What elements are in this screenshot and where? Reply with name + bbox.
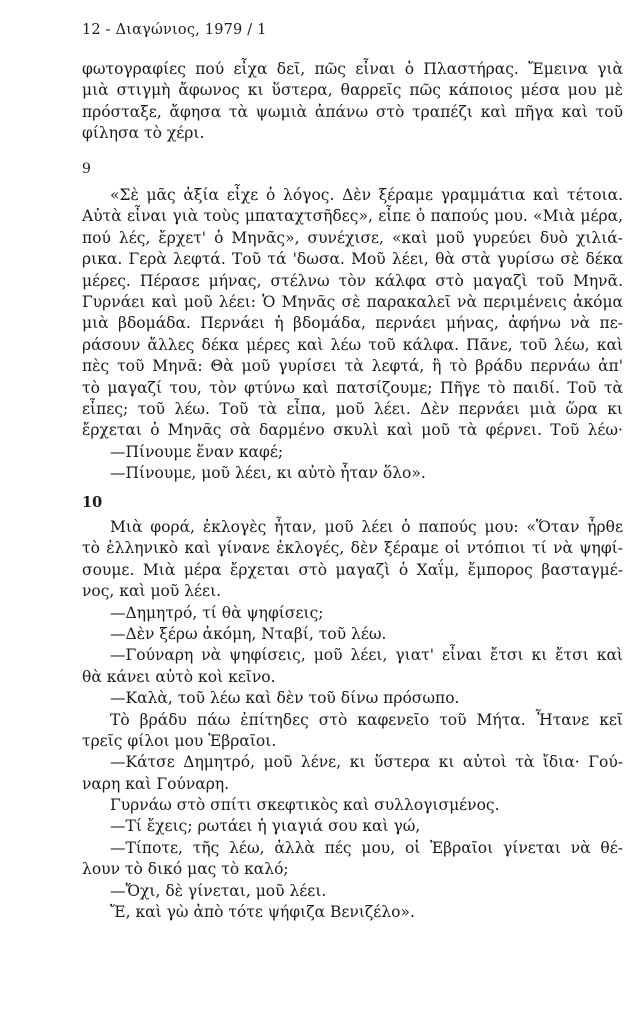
text-line: μιὰ στιγμὴ ἄφωνος κι ὕστερα, θαρρεῖς πῶς…	[82, 80, 623, 101]
dialogue-line: —Τί ἔχεις; ρωτάει ἡ γιαγιά σου καὶ γώ,	[82, 816, 623, 837]
text-line: Μιὰ φορά, ἐκλογὲς ἦταν, μοῦ λέει ὁ παπού…	[82, 517, 623, 538]
text-line: εἶπες; τοῦ λέω. Τοῦ τὰ εἶπα, μοῦ λέει. Δ…	[82, 399, 623, 420]
dialogue-line: —Δὲν ξέρω ἀκόμη, Νταβί, τοῦ λέω.	[82, 624, 623, 645]
text-line: Αὐτὰ εἶναι γιὰ τοὺς μπαταχτσῆδες», εἶπε …	[82, 206, 623, 227]
text-line: πρόσταξε, ἄφησα τὰ ψωμιὰ ἀπάνω στὸ τραπέ…	[82, 102, 623, 123]
book-page: 12 - Διαγώνιος, 1979 / 1 φωτογραφίες πού…	[0, 0, 641, 1024]
text-line: ναρη καὶ Γούναρη.	[82, 774, 623, 795]
dialogue-line: —Γούναρη νὰ ψηφίσεις, μοῦ λέει, γιατ' εἶ…	[82, 645, 623, 666]
text-line: ράσουν ἄλλες δέκα μέρες καὶ λέω τοῦ κάλφ…	[82, 335, 623, 356]
text-line: τρεῖς φίλοι μου Ἑβραῖοι.	[82, 731, 623, 752]
text-line: τὸ ἑλληνικὸ καὶ γίνανε ἐκλογές, δὲν ξέρα…	[82, 538, 623, 559]
text-line: πού λές, ἔρχετ' ὁ Μηνᾶς», συνέχισε, «καὶ…	[82, 228, 623, 249]
intro-paragraph: φωτογραφίες πού εἶχα δεῖ, πῶς εἶναι ὁ Πλ…	[82, 59, 623, 145]
text-line: νος, καὶ μοῦ λέει.	[82, 581, 623, 602]
text-line: φωτογραφίες πού εἶχα δεῖ, πῶς εἶναι ὁ Πλ…	[82, 59, 623, 80]
dialogue-line: —Τίποτε, τῆς λέω, ἀλλὰ πές μου, οἱ Ἑβραῖ…	[82, 838, 623, 859]
text-line: «Σὲ μᾶς ἀξία εἶχε ὁ λόγος. Δὲν ξέραμε γρ…	[82, 185, 623, 206]
text-line: λουν τὸ δικό μας τὸ καλό;	[82, 859, 623, 880]
text-line: θὰ κάνει αὐτὸ κοὶ κεῖνο.	[82, 667, 623, 688]
text-line: πὲς τοῦ Μηνᾶ: Θὰ μοῦ γυρίσει τὰ λεφτά, ἢ…	[82, 356, 623, 377]
section-10-text: Μιὰ φορά, ἐκλογὲς ἦταν, μοῦ λέει ὁ παπού…	[82, 517, 623, 923]
text-line: Τὸ βράδυ πάω ἐπίτηδες στὸ καφενεῖο τοῦ Μ…	[82, 710, 623, 731]
section-9-text: «Σὲ μᾶς ἀξία εἶχε ὁ λόγος. Δὲν ξέραμε γρ…	[82, 185, 623, 484]
dialogue-line: —Δημητρό, τί θὰ ψηφίσεις;	[82, 603, 623, 624]
section-number-9: 9	[82, 161, 91, 177]
text-line: φίλησα τὸ χέρι.	[82, 123, 623, 144]
dialogue-line: —Καλὰ, τοῦ λέω καὶ δὲν τοῦ δίνω πρόσωπο.	[82, 688, 623, 709]
dialogue-line: —Κάτσε Δημητρό, μοῦ λένε, κι ὕστερα κι α…	[82, 752, 623, 773]
running-head: 12 - Διαγώνιος, 1979 / 1	[82, 22, 267, 38]
text-line: ἔρχεται ὁ Μηνᾶς σὰ δαρμένο σκυλὶ καὶ μοῦ…	[82, 420, 623, 441]
text-line: σουμε. Μιὰ μέρα ἔρχεται στὸ μαγαζὶ ὁ Χαΐ…	[82, 560, 623, 581]
text-line: Ἔ, καὶ γὼ ἀπὸ τότε ψήφιζα Βενιζέλο».	[82, 902, 623, 923]
text-line: τὸ μαγαζί του, τὸν φτύνω καὶ πατσίζουμε;…	[82, 378, 623, 399]
section-number-10: 10	[82, 494, 102, 511]
text-line: Γυρνάει καὶ μοῦ λέει: Ὁ Μηνᾶς σὲ παρακαλ…	[82, 292, 623, 313]
text-line: μιὰ βδομάδα. Περνάει ἡ βδομάδα, περνάει …	[82, 313, 623, 334]
text-line: Γυρνάω στὸ σπίτι σκεφτικὸς καὶ συλλογισμ…	[82, 795, 623, 816]
dialogue-line: —Ὄχι, δὲ γίνεται, μοῦ λέει.	[82, 881, 623, 902]
dialogue-line: —Πίνουμε ἕναν καφέ;	[82, 442, 623, 463]
text-line: μέρες. Πέρασε μήνας, στέλνω τὸν κάλφα στ…	[82, 271, 623, 292]
text-line: ρικα. Γερὰ λεφτά. Τοῦ τά 'δωσα. Μοῦ λέει…	[82, 249, 623, 270]
dialogue-line: —Πίνουμε, μοῦ λέει, κι αὐτὸ ἦταν ὅλο».	[82, 463, 623, 484]
